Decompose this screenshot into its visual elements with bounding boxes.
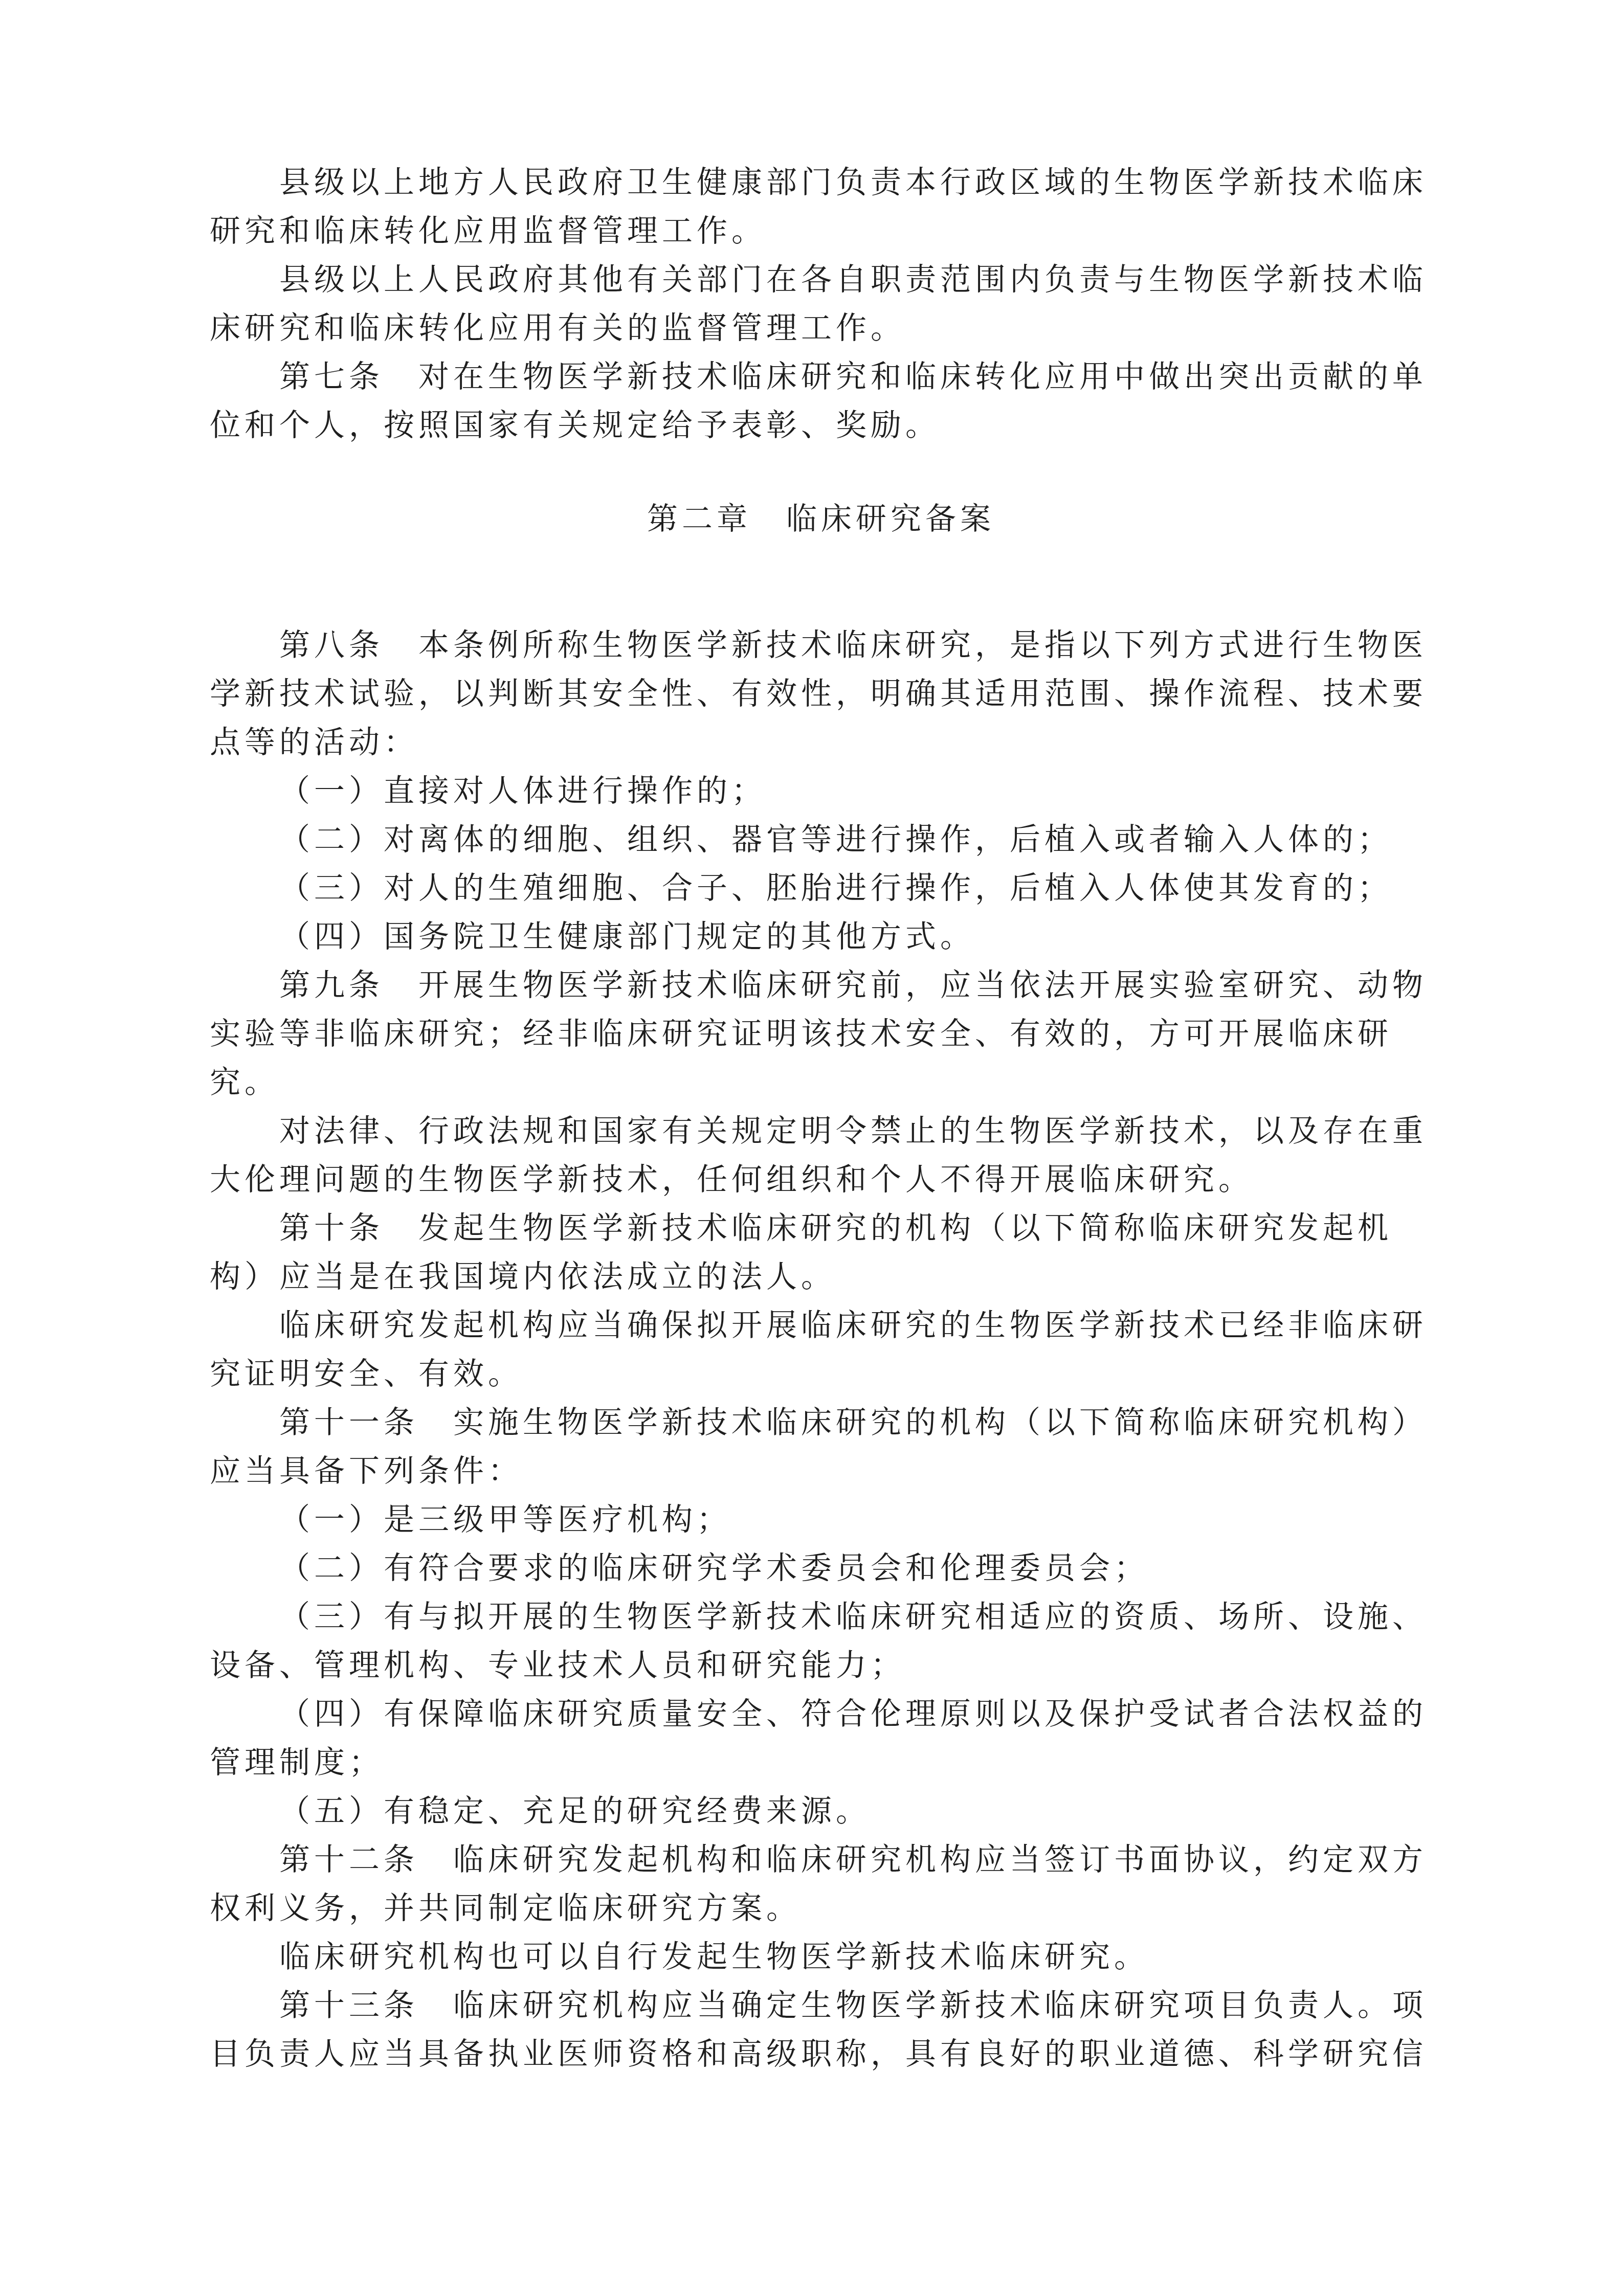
- paragraph: 第九条 开展生物医学新技术临床研究前，应当依法开展实验室研究、动物实验等非临床研…: [210, 961, 1432, 1107]
- paragraph: 县级以上地方人民政府卫生健康部门负责本行政区域的生物医学新技术临床研究和临床转化…: [210, 159, 1432, 256]
- paragraph: 第十二条 临床研究发起机构和临床研究机构应当签订书面协议，约定双方权利义务，并共…: [210, 1836, 1432, 1933]
- paragraph: 对法律、行政法规和国家有关规定明令禁止的生物医学新技术，以及存在重大伦理问题的生…: [210, 1107, 1432, 1204]
- paragraph: 第七条 对在生物医学新技术临床研究和临床转化应用中做出突出贡献的单位和个人，按照…: [210, 353, 1432, 450]
- list-item: （三）对人的生殖细胞、合子、胚胎进行操作，后植入人体使其发育的；: [210, 864, 1432, 913]
- list-item: （四）有保障临床研究质量安全、符合伦理原则以及保护受试者合法权益的管理制度；: [210, 1690, 1432, 1787]
- list-item: （一）直接对人体进行操作的；: [210, 767, 1432, 816]
- paragraph: 第十条 发起生物医学新技术临床研究的机构（以下简称临床研究发起机构）应当是在我国…: [210, 1204, 1432, 1301]
- paragraph: 临床研究机构也可以自行发起生物医学新技术临床研究。: [210, 1933, 1432, 1982]
- chapter-heading: 第二章 临床研究备案: [210, 495, 1432, 544]
- list-item: （三）有与拟开展的生物医学新技术临床研究相适应的资质、场所、设施、设备、管理机构…: [210, 1593, 1432, 1690]
- list-item: （四）国务院卫生健康部门规定的其他方式。: [210, 913, 1432, 961]
- list-item: （五）有稳定、充足的研究经费来源。: [210, 1787, 1432, 1836]
- paragraph: 县级以上人民政府其他有关部门在各自职责范围内负责与生物医学新技术临床研究和临床转…: [210, 256, 1432, 353]
- document-page: 县级以上地方人民政府卫生健康部门负责本行政区域的生物医学新技术临床研究和临床转化…: [0, 0, 1623, 2296]
- list-item: （一）是三级甲等医疗机构；: [210, 1496, 1432, 1544]
- paragraph: 第十三条 临床研究机构应当确定生物医学新技术临床研究项目负责人。项目负责人应当具…: [210, 1982, 1432, 2079]
- list-item: （二）有符合要求的临床研究学术委员会和伦理委员会；: [210, 1544, 1432, 1593]
- list-item: （二）对离体的细胞、组织、器官等进行操作，后植入或者输入人体的；: [210, 816, 1432, 864]
- document-text-block: 县级以上地方人民政府卫生健康部门负责本行政区域的生物医学新技术临床研究和临床转化…: [210, 159, 1432, 2079]
- paragraph: 第十一条 实施生物医学新技术临床研究的机构（以下简称临床研究机构）应当具备下列条…: [210, 1399, 1432, 1496]
- paragraph: 第八条 本条例所称生物医学新技术临床研究，是指以下列方式进行生物医学新技术试验，…: [210, 621, 1432, 767]
- paragraph: 临床研究发起机构应当确保拟开展临床研究的生物医学新技术已经非临床研究证明安全、有…: [210, 1301, 1432, 1399]
